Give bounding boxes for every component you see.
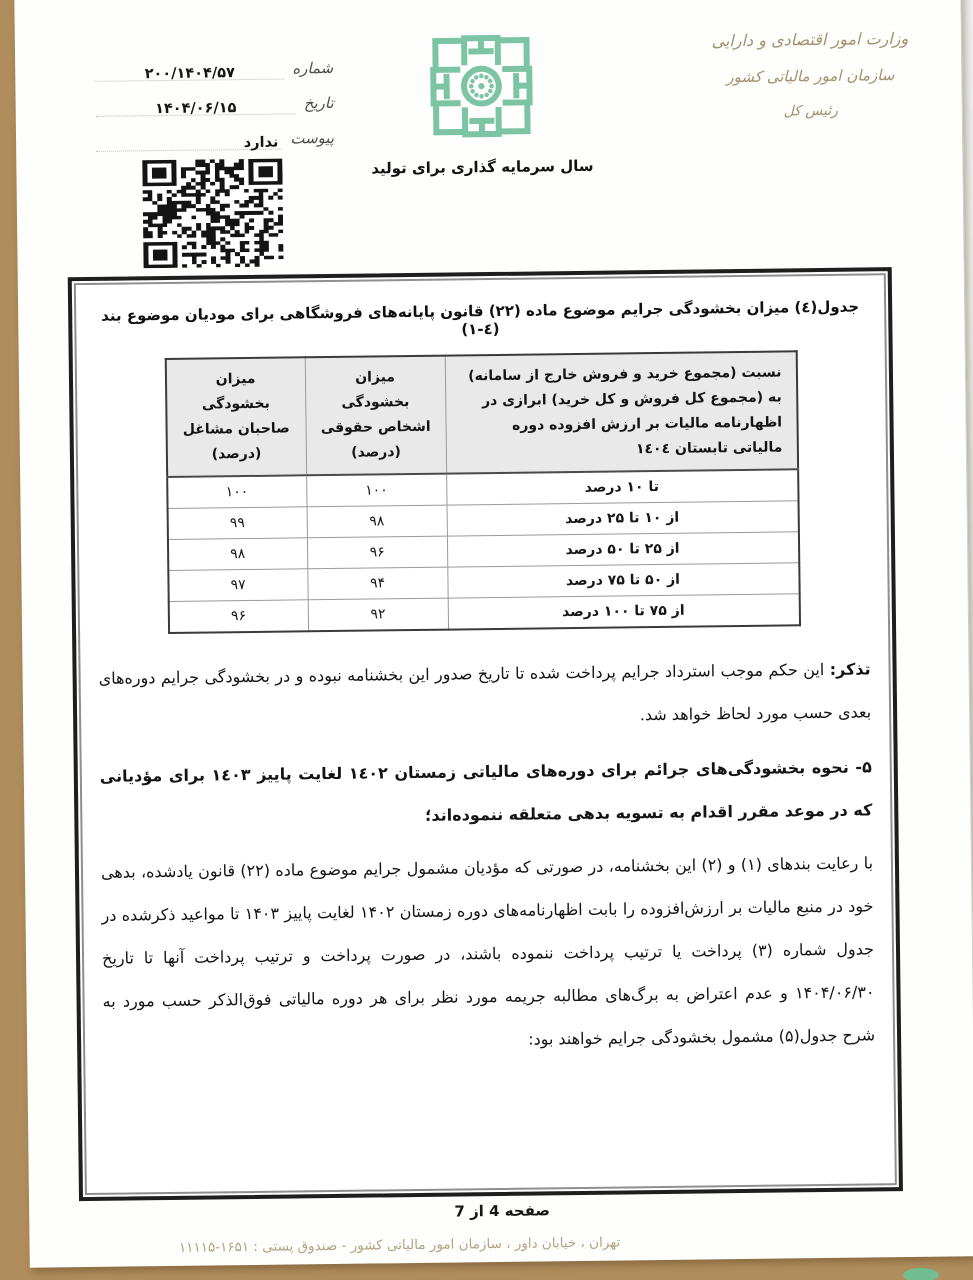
legal-pct: ۱۰۰ [306,474,446,507]
ministry-header-block: وزارت امور اقتصادی و دارایی سازمان امور … [675,20,946,129]
table-header-row: نسبت (مجموع خرید و فروش خارج از سامانه) … [165,351,797,477]
tax-organization-logo-icon [421,25,542,146]
business-pct: ۹۸ [167,538,307,571]
legal-pct: ۹۶ [307,536,447,569]
signatory-title: رئیس کل [676,92,946,129]
background-green-mark [903,1268,939,1280]
letter-number-value: ۲۰۰/۱۴۰۴/۵۷ [145,65,235,82]
header-legal-entities: میزان بخشودگی اشخاص حقوقی (درصد) [305,356,446,476]
business-pct: ۹۷ [168,569,308,602]
letterhead-reference-block: ۲۰۰/۱۴۰۴/۵۷ شماره ۱۴۰۴/۰۶/۱۵ تاریخ ندارد… [95,44,334,152]
ratio-range: از ۱۰ تا ۲۵ درصد [447,501,799,536]
document-page: ۲۰۰/۱۴۰۴/۵۷ شماره ۱۴۰۴/۰۶/۱۵ تاریخ ندارد… [14,0,973,1268]
ministry-name: وزارت امور اقتصادی و دارایی [675,20,945,59]
photo-background: ۲۰۰/۱۴۰۴/۵۷ شماره ۱۴۰۴/۰۶/۱۵ تاریخ ندارد… [0,0,973,1280]
ratio-range: از ۷۵ تا ۱۰۰ درصد [448,594,800,630]
page-indicator: صفحه 4 از 7 [29,1196,973,1226]
letter-number-line: ۲۰۰/۱۴۰۴/۵۷ [95,59,284,82]
legal-pct: ۹۴ [308,567,448,600]
penalty-forgiveness-table: نسبت (مجموع خرید و فروش خارج از سامانه) … [164,350,800,634]
table-title: جدول(٤) میزان بخشودگی جرایم موضوع ماده (… [90,297,870,343]
letter-date-line: ۱۴۰۴/۰۶/۱۵ [96,93,296,116]
letter-number-label: شماره [292,59,333,79]
legal-pct: ۹۲ [308,598,448,631]
table-row: از ۷۵ تا ۱۰۰ درصد ۹۲ ۹۶ [168,594,799,633]
letter-number-row: ۲۰۰/۱۴۰۴/۵۷ شماره [95,44,333,82]
header-business-owners: میزان بخشودگی صاحبان مشاغل (درصد) [165,357,306,477]
year-slogan: سال سرمایه گذاری برای تولید [342,156,622,177]
letter-attachment-value: ندارد [244,135,279,151]
content-frame: جدول(٤) میزان بخشودگی جرایم موضوع ماده (… [68,267,903,1201]
letter-attachment-row: ندارد پیوست [96,114,334,152]
ratio-range: از ۲۵ تا ۵۰ درصد [447,532,799,567]
section5-heading: ۵- نحوه بخشودگی‌های جرائم برای دوره‌های … [100,745,873,840]
business-pct: ۹۹ [167,507,307,540]
organization-name: سازمان امور مالیاتی کشور [675,56,945,95]
qr-code [142,159,283,269]
letter-attachment-line: ندارد [96,129,282,152]
ratio-range: تا ۱۰ درصد [446,469,798,505]
remark-text: این حکم موجب استرداد جرایم پرداخت شده تا… [99,660,872,724]
letter-date-label: تاریخ [304,94,334,114]
remark-paragraph: تذکر: این حکم موجب استرداد جرایم پرداخت … [98,647,871,742]
ratio-range: از ۵۰ تا ۷۵ درصد [447,563,799,598]
remark-label: تذکر: [830,659,871,678]
business-pct: ۱۰۰ [167,475,307,508]
section5-paragraph: با رعایت بندهای (۱) و (۲) این بخشنامه، د… [101,841,876,1065]
legal-pct: ۹۸ [307,505,447,538]
business-pct: ۹۶ [168,600,308,633]
letter-date-row: ۱۴۰۴/۰۶/۱۵ تاریخ [95,79,333,117]
header-ratio: نسبت (مجموع خرید و فروش خارج از سامانه) … [445,351,798,473]
letter-attachment-label: پیوست [290,129,334,150]
footer-address: تهران ، خیابان داور ، سازمان امور مالیات… [90,1233,710,1257]
letter-date-value: ۱۴۰۴/۰۶/۱۵ [155,100,237,117]
